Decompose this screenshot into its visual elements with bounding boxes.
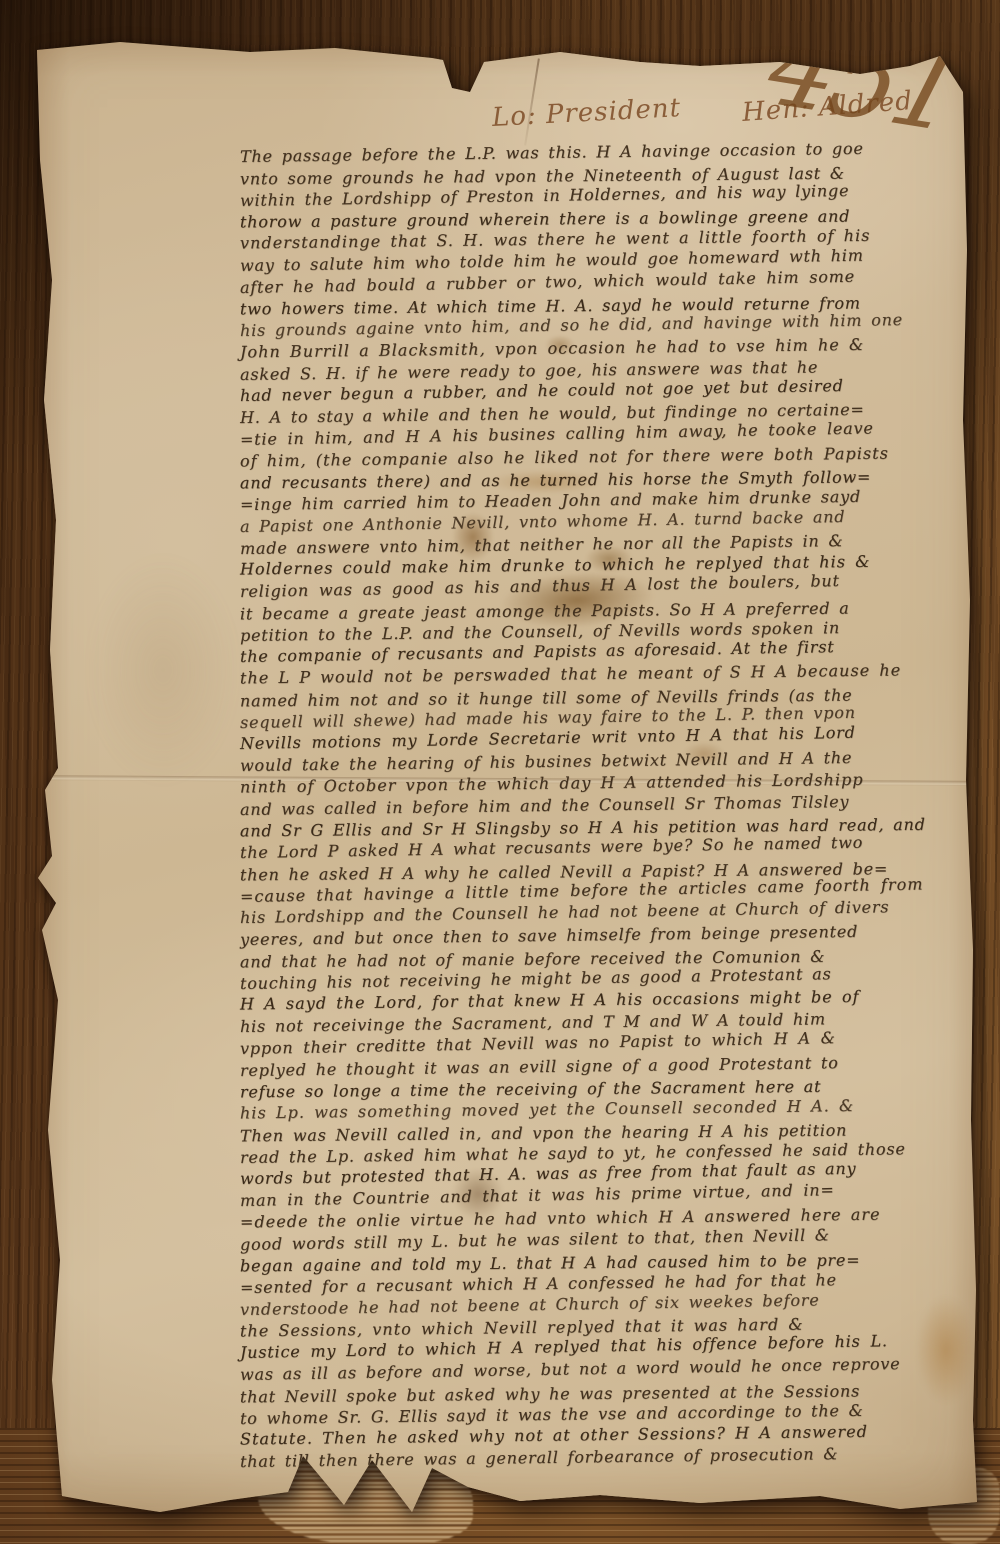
manuscript-paper: Lo: President Hen: Aldred 451 The passag… <box>0 0 1000 1544</box>
docket-lord-president: Lo: President <box>491 93 681 133</box>
manuscript-paper-wrapper: Lo: President Hen: Aldred 451 The passag… <box>0 0 1000 1544</box>
manuscript-photo-scene: Lo: President Hen: Aldred 451 The passag… <box>0 0 1000 1544</box>
folio-number: 451 <box>756 8 974 148</box>
manuscript-text-block: The passage before the L.P. was this. H … <box>240 146 980 1473</box>
paper-mottle-stain <box>88 555 238 785</box>
